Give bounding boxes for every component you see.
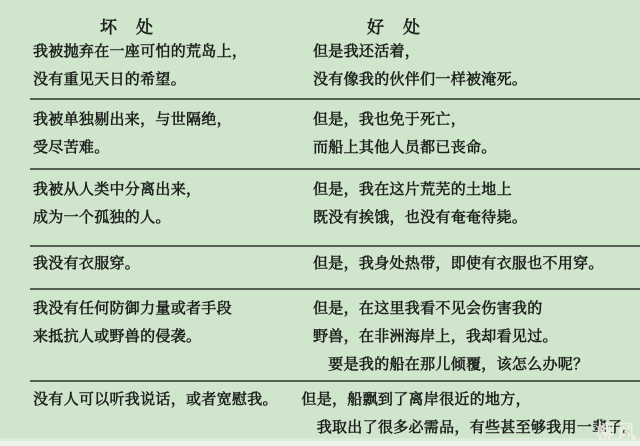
text-line: 我没有任何防御力量或者手段: [33, 294, 300, 322]
text-line: 而船上其他人员都已丧命。: [313, 133, 638, 161]
bad-column-header: 坏 处: [0, 13, 300, 34]
text-line: 我被从人类中分离出来，: [33, 175, 300, 203]
text-line: 受尽苦难。: [33, 133, 300, 161]
good-cell: 但是，我在这片荒芜的土地上既没有挨饿，也没有奄奄待毙。: [300, 168, 640, 245]
table-header-row: 坏 处 好 处: [0, 0, 640, 34]
good-cell: 但是，我也免于死亡，而船上其他人员都已丧命。: [300, 98, 640, 168]
comparison-rows: 我被抛弃在一座可怕的荒岛上，没有重见天日的希望。但是我还活着，没有像我的伙伴们一…: [0, 34, 640, 446]
comparison-row: 我被抛弃在一座可怕的荒岛上，没有重见天日的希望。但是我还活着，没有像我的伙伴们一…: [0, 34, 640, 98]
text-line: 但是，我在这片荒芜的土地上: [313, 175, 638, 203]
bad-cell: 我没有衣服穿。: [0, 245, 300, 288]
text-line: 我取出了很多必需品，有些甚至够我用一辈子。: [301, 413, 638, 441]
good-cell: 但是，我身处热带，即使有衣服也不用穿。: [300, 245, 640, 288]
good-cell: 但是，船飘到了离岸很近的地方， 我取出了很多必需品，有些甚至够我用一辈子。: [288, 380, 640, 446]
bottom-edge-strip: [0, 438, 640, 446]
good-cell: 但是我还活着，没有像我的伙伴们一样被淹死。: [300, 34, 640, 98]
row-divider: [30, 288, 640, 290]
bad-cell: 没有人可以听我说话，或者宽慰我。: [0, 380, 288, 446]
row-divider: [30, 245, 640, 247]
text-line: 没有人可以听我说话，或者宽慰我。: [33, 385, 288, 413]
text-line: 来抵抗人或野兽的侵袭。: [33, 322, 300, 350]
text-line: 但是，我身处热带，即使有衣服也不用穿。: [313, 249, 638, 277]
text-line: 成为一个孤独的人。: [33, 203, 300, 231]
watermark: 柳风: [596, 417, 638, 444]
good-column-header: 好 处: [300, 13, 640, 34]
text-line: 但是，船飘到了离岸很近的地方，: [301, 385, 638, 413]
text-line: 没有像我的伙伴们一样被淹死。: [313, 65, 638, 93]
bad-cell: 我被单独剔出来，与世隔绝，受尽苦难。: [0, 98, 300, 168]
text-line: 但是，在这里我看不见会伤害我的: [313, 294, 638, 322]
comparison-row: 我被单独剔出来，与世隔绝，受尽苦难。但是，我也免于死亡，而船上其他人员都已丧命。: [0, 98, 640, 168]
row-divider: [30, 168, 640, 170]
text-line: 但是，我也免于死亡，: [313, 105, 638, 133]
comparison-row: 没有人可以听我说话，或者宽慰我。但是，船飘到了离岸很近的地方， 我取出了很多必需…: [0, 380, 640, 446]
text-line: 但是我还活着，: [313, 37, 638, 65]
row-divider: [30, 380, 640, 382]
text-line: 要是我的船在那儿倾覆，该怎么办呢？: [313, 350, 638, 378]
bad-cell: 我被抛弃在一座可怕的荒岛上，没有重见天日的希望。: [0, 34, 300, 98]
document-page: 坏 处 好 处 我被抛弃在一座可怕的荒岛上，没有重见天日的希望。但是我还活着，没…: [0, 0, 640, 446]
bad-cell: 我没有任何防御力量或者手段来抵抗人或野兽的侵袭。: [0, 288, 300, 380]
text-line: 我被单独剔出来，与世隔绝，: [33, 105, 300, 133]
text-line: 我被抛弃在一座可怕的荒岛上，: [33, 37, 300, 65]
bad-cell: 我被从人类中分离出来，成为一个孤独的人。: [0, 168, 300, 245]
text-line: 既没有挨饿，也没有奄奄待毙。: [313, 203, 638, 231]
text-line: 没有重见天日的希望。: [33, 65, 300, 93]
comparison-row: 我没有衣服穿。但是，我身处热带，即使有衣服也不用穿。: [0, 245, 640, 288]
comparison-row: 我被从人类中分离出来，成为一个孤独的人。但是，我在这片荒芜的土地上既没有挨饿，也…: [0, 168, 640, 245]
text-line: 我没有衣服穿。: [33, 249, 300, 277]
good-cell: 但是，在这里我看不见会伤害我的野兽，在非洲海岸上，我却看见过。 要是我的船在那儿…: [300, 288, 640, 380]
text-line: 野兽，在非洲海岸上，我却看见过。: [313, 322, 638, 350]
comparison-row: 我没有任何防御力量或者手段来抵抗人或野兽的侵袭。但是，在这里我看不见会伤害我的野…: [0, 288, 640, 380]
row-divider: [30, 98, 640, 100]
